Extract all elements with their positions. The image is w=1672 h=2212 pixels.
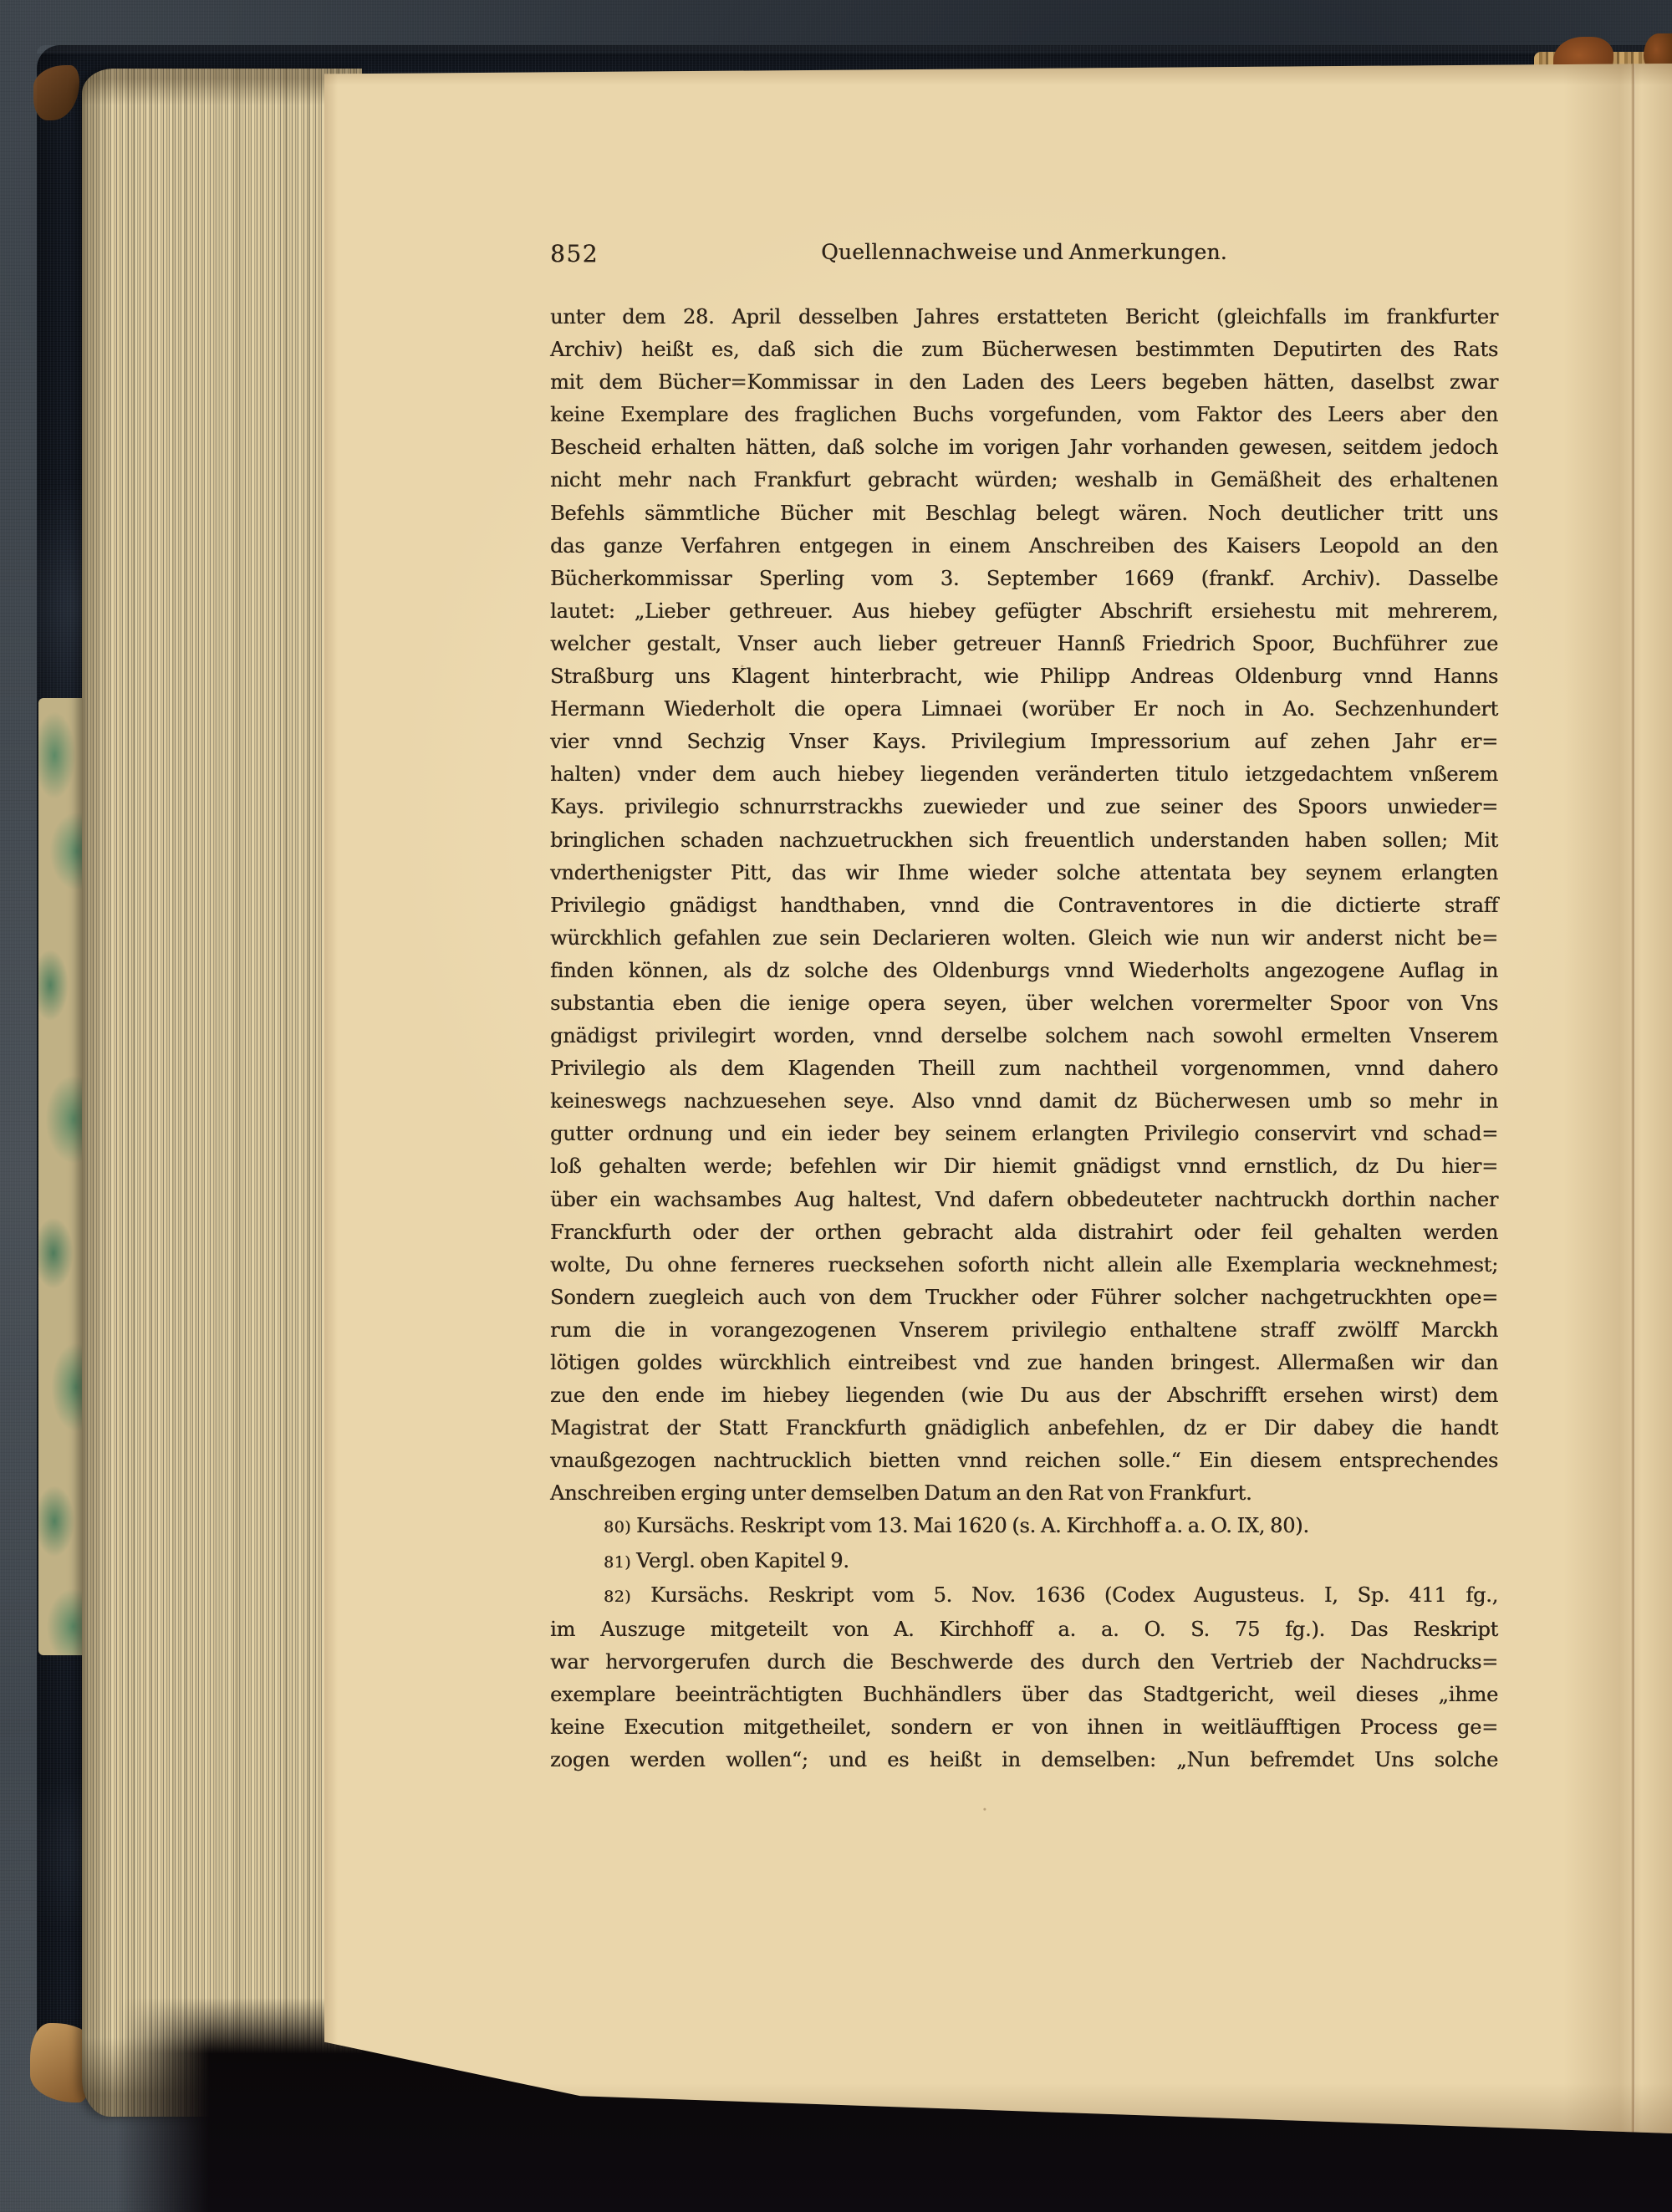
text-line: war hervorgerufen durch die Beschwerde d… [550,1646,1498,1679]
text-line: keineswegs nachzuesehen seye. Also vnnd … [550,1085,1498,1118]
text-line: Franckfurth oder der orthen gebracht ald… [550,1216,1498,1249]
page-edges-stack [82,69,362,2117]
text-line: Bücherkommissar Sperling vom 3. Septembe… [550,563,1498,595]
text-line: im Auszuge mitgeteilt von A. Kirchhoff a… [550,1613,1498,1646]
text-line: nicht mehr nach Frankfurt gebracht würde… [550,464,1498,497]
footnote-marker: 82) [604,1588,631,1606]
text-line: Hermann Wiederholt die opera Limnaei (wo… [550,693,1498,726]
text-line: substantia eben die ienige opera seyen, … [550,987,1498,1020]
book-photo: 852 Quellennachweise und Anmerkungen. un… [0,0,1672,2212]
open-page: 852 Quellennachweise und Anmerkungen. un… [324,64,1672,2142]
text-line: exemplare beeinträchtigten Buchhändlers … [550,1679,1498,1711]
footnote: 80) Kursächs. Reskript vom 13. Mai 1620 … [550,1510,1498,1544]
text-line: wolte, Du ohne ferneres ruecksehen sofor… [550,1249,1498,1282]
text-line: Bescheid erhalten hätten, daß solche im … [550,431,1498,464]
footnote-marker: 80) [604,1518,631,1537]
page-text: 852 Quellennachweise und Anmerkungen. un… [550,236,1498,1776]
text-line: loß gehalten werde; befehlen wir Dir hie… [550,1150,1498,1183]
text-line: vier vnnd Sechzig Vnser Kays. Privilegiu… [550,726,1498,758]
text-line: 82) Kursächs. Reskript vom 5. Nov. 1636 … [550,1579,1498,1613]
text-line: vnaußgezogen nachtrucklich bietten vnnd … [550,1445,1498,1477]
text-line: Sondern zuegleich auch von dem Truckher … [550,1282,1498,1314]
text-line: zogen werden wollen“; und es heißt in de… [550,1744,1498,1776]
text-line: lautet: „Lieber gethreuer. Aus hiebey ge… [550,595,1498,628]
text-line: mit dem Bücher=Kommissar in den Laden de… [550,366,1498,399]
body-paragraph: unter dem 28. April desselben Jahres ers… [550,301,1498,1510]
running-header: Quellennachweise und Anmerkungen. [550,236,1498,268]
text-line: unter dem 28. April desselben Jahres ers… [550,301,1498,334]
text-line: rum die in vorangezogenen Vnserem privil… [550,1314,1498,1347]
text-line: 81) Vergl. oben Kapitel 9. [550,1545,1498,1579]
text-line: Archiv) heißt es, daß sich die zum Büche… [550,334,1498,366]
text-line: Magistrat der Statt Franckfurth gnädigli… [550,1412,1498,1445]
text-line: Privilegio gnädigst handthaben, vnnd die… [550,889,1498,922]
footnote: 82) Kursächs. Reskript vom 5. Nov. 1636 … [550,1579,1498,1777]
footnote: 81) Vergl. oben Kapitel 9. [550,1545,1498,1579]
text-line: halten) vnder dem auch hiebey liegenden … [550,758,1498,791]
page-header: 852 Quellennachweise und Anmerkungen. [550,236,1498,269]
text-line: vnderthenigster Pitt, das wir Ihme wiede… [550,857,1498,889]
text-line: keine Execution mitgetheilet, sondern er… [550,1711,1498,1744]
text-line: über ein wachsambes Aug haltest, Vnd daf… [550,1184,1498,1216]
text-line: Anschreiben erging unter demselben Datum… [550,1477,1498,1510]
text-line: das ganze Verfahren entgegen in einem An… [550,530,1498,563]
text-line: welcher gestalt, Vnser auch lieber getre… [550,628,1498,660]
text-line: Privilegio als dem Klagenden Theill zum … [550,1052,1498,1085]
text-line: finden können, als dz solche des Oldenbu… [550,955,1498,987]
page-number: 852 [550,237,599,270]
page-gutter-crease [1631,64,1635,2142]
text-line: Befehls sämmtliche Bücher mit Beschlag b… [550,497,1498,530]
gutter-shading [1563,64,1672,2142]
footnote-marker: 81) [604,1553,631,1572]
text-line: Straßburg uns Klagent hinterbracht, wie … [550,660,1498,693]
text-line: keine Exemplare des fraglichen Buchs vor… [550,399,1498,431]
text-line: zue den ende im hiebey liegenden (wie Du… [550,1379,1498,1412]
text-line: würckhlich gefahlen zue sein Declarieren… [550,922,1498,955]
text-line: bringlichen schaden nachzuetruckhen sich… [550,824,1498,857]
text-line: gutter ordnung und ein ieder bey seinem … [550,1118,1498,1150]
text-line: gnädigst privilegirt worden, vnnd dersel… [550,1020,1498,1052]
footnotes: 80) Kursächs. Reskript vom 13. Mai 1620 … [550,1510,1498,1776]
text-line: Kays. privilegio schnurrstrackhs zuewied… [550,791,1498,823]
text-line: 80) Kursächs. Reskript vom 13. Mai 1620 … [550,1510,1498,1544]
text-line: lötigen goldes würckhlich eintreibest vn… [550,1347,1498,1379]
